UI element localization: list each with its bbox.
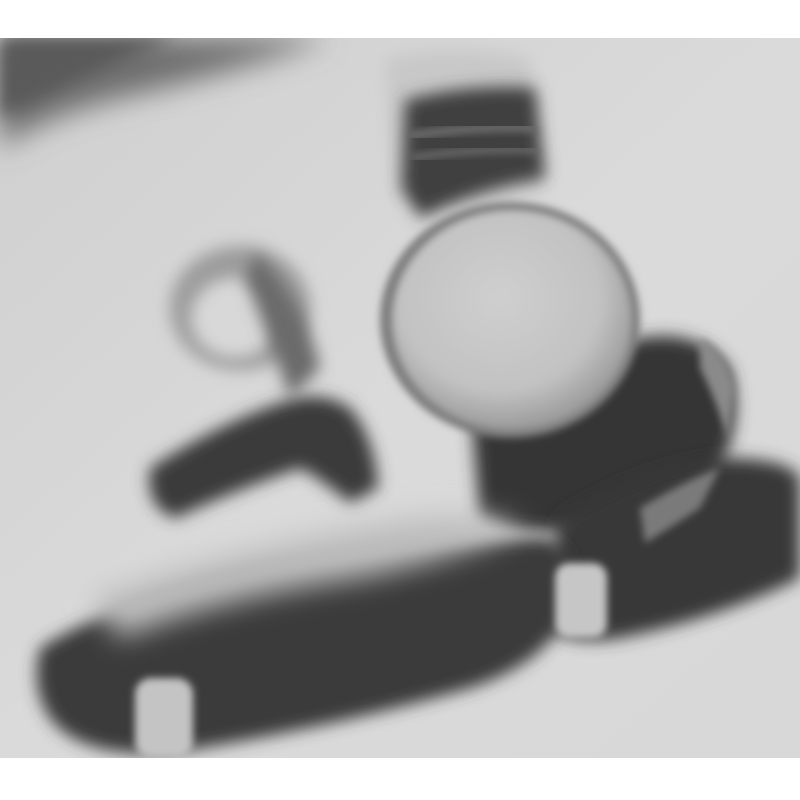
photograph — [0, 38, 800, 758]
light-tab-left — [135, 678, 193, 758]
image-frame: Blurred black-and-white photograph of a … — [0, 0, 800, 800]
image-caption: Blurred black-and-white photograph of a … — [0, 0, 1, 1]
light-tab-right — [555, 563, 607, 638]
disc-face — [392, 210, 632, 430]
photo-illustration — [0, 38, 800, 758]
